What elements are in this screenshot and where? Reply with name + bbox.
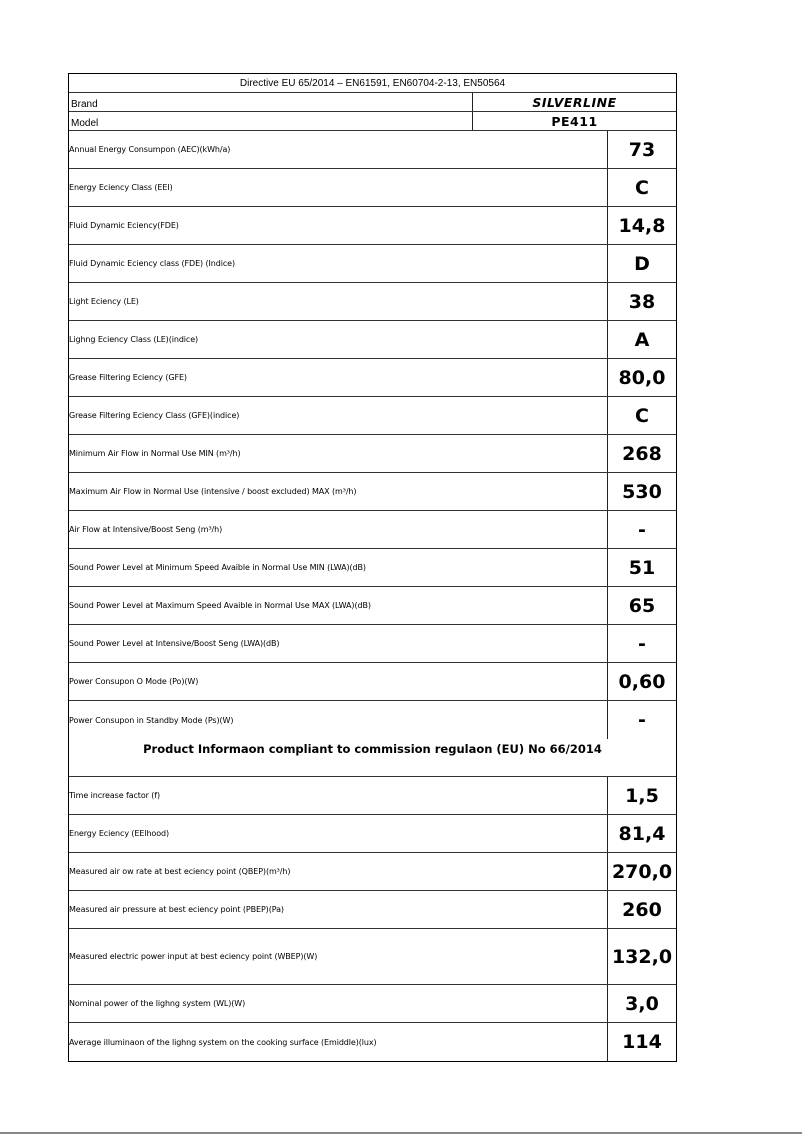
spec-label: Air Flow at Intensive/Boost Seng (m³/h) — [69, 511, 608, 548]
brand-row: Brand SILVERLINE — [69, 93, 676, 112]
spec-row: Power Consupon O Mode (Po)(W)0,60 — [69, 663, 676, 701]
spec-row: Maximum Air Flow in Normal Use (intensiv… — [69, 473, 676, 511]
spec-value: 270,0 — [608, 853, 676, 890]
energy-data-section: Annual Energy Consumpon (AEC)(kWh/a)73En… — [69, 131, 676, 739]
spec-row: Average illuminaon of the lighng system … — [69, 1023, 676, 1061]
spec-row: Annual Energy Consumpon (AEC)(kWh/a)73 — [69, 131, 676, 169]
directive-header: Directive EU 65/2014 – EN61591, EN60704-… — [69, 74, 676, 93]
model-label: Model — [69, 112, 473, 130]
spec-value: - — [608, 701, 676, 739]
spec-value: 38 — [608, 283, 676, 320]
spec-row: Energy Eciency (EElhood)81,4 — [69, 815, 676, 853]
spec-row: Grease Filtering Eciency Class (GFE)(ind… — [69, 397, 676, 435]
spec-value: 65 — [608, 587, 676, 624]
spec-row: Measured air ow rate at best eciency poi… — [69, 853, 676, 891]
spec-row: Fluid Dynamic Eciency class (FDE) (Indic… — [69, 245, 676, 283]
section-title-row: Product Informaon compliant to commissio… — [69, 739, 676, 777]
spec-value: 0,60 — [608, 663, 676, 700]
spec-label: Lighng Eciency Class (LE)(indice) — [69, 321, 608, 358]
spec-label: Maximum Air Flow in Normal Use (intensiv… — [69, 473, 608, 510]
spec-value: 132,0 — [608, 929, 676, 984]
spec-row: Air Flow at Intensive/Boost Seng (m³/h)- — [69, 511, 676, 549]
spec-label: Sound Power Level at Minimum Speed Avaib… — [69, 549, 608, 586]
product-fiche-table: Directive EU 65/2014 – EN61591, EN60704-… — [68, 73, 677, 1062]
spec-value: 1,5 — [608, 777, 676, 814]
model-row: Model PE411 — [69, 112, 676, 131]
spec-label: Measured electric power input at best ec… — [69, 929, 608, 984]
spec-label: Sound Power Level at Maximum Speed Avaib… — [69, 587, 608, 624]
spec-row: Measured electric power input at best ec… — [69, 929, 676, 985]
spec-label: Fluid Dynamic Eciency class (FDE) (Indic… — [69, 245, 608, 282]
spec-row: Measured air pressure at best eciency po… — [69, 891, 676, 929]
regulation-data-section: Time increase factor (f)1,5Energy Ecienc… — [69, 777, 676, 1061]
spec-value: 80,0 — [608, 359, 676, 396]
spec-row: Power Consupon in Standby Mode (Ps)(W)- — [69, 701, 676, 739]
spec-label: Light Eciency (LE) — [69, 283, 608, 320]
spec-label: Measured air pressure at best eciency po… — [69, 891, 608, 928]
spec-row: Nominal power of the lighng system (WL)(… — [69, 985, 676, 1023]
spec-label: Average illuminaon of the lighng system … — [69, 1023, 608, 1061]
spec-value: 268 — [608, 435, 676, 472]
spec-label: Measured air ow rate at best eciency poi… — [69, 853, 608, 890]
spec-label: Sound Power Level at Intensive/Boost Sen… — [69, 625, 608, 662]
spec-value: 51 — [608, 549, 676, 586]
spec-label: Grease Filtering Eciency Class (GFE)(ind… — [69, 397, 608, 434]
spec-row: Fluid Dynamic Eciency(FDE)14,8 — [69, 207, 676, 245]
spec-value: C — [608, 169, 676, 206]
spec-label: Power Consupon O Mode (Po)(W) — [69, 663, 608, 700]
spec-row: Time increase factor (f)1,5 — [69, 777, 676, 815]
spec-value: 3,0 — [608, 985, 676, 1022]
spec-value: C — [608, 397, 676, 434]
spec-value: A — [608, 321, 676, 358]
spec-value: - — [608, 511, 676, 548]
spec-label: Nominal power of the lighng system (WL)(… — [69, 985, 608, 1022]
spec-label: Annual Energy Consumpon (AEC)(kWh/a) — [69, 131, 608, 168]
spec-value: 530 — [608, 473, 676, 510]
spec-value: 73 — [608, 131, 676, 168]
spec-label: Fluid Dynamic Eciency(FDE) — [69, 207, 608, 244]
directive-text: Directive EU 65/2014 – EN61591, EN60704-… — [240, 78, 505, 89]
spec-value: 114 — [608, 1023, 676, 1061]
brand-label: Brand — [69, 93, 473, 111]
spec-row: Sound Power Level at Minimum Speed Avaib… — [69, 549, 676, 587]
spec-row: Light Eciency (LE)38 — [69, 283, 676, 321]
spec-label: Time increase factor (f) — [69, 777, 608, 814]
spec-value: 81,4 — [608, 815, 676, 852]
spec-label: Energy Eciency (EElhood) — [69, 815, 608, 852]
spec-value: 14,8 — [608, 207, 676, 244]
brand-value: SILVERLINE — [473, 93, 676, 111]
spec-label: Minimum Air Flow in Normal Use MIN (m³/h… — [69, 435, 608, 472]
spec-row: Grease Filtering Eciency (GFE)80,0 — [69, 359, 676, 397]
spec-row: Sound Power Level at Maximum Speed Avaib… — [69, 587, 676, 625]
spec-label: Power Consupon in Standby Mode (Ps)(W) — [69, 701, 608, 739]
spec-row: Minimum Air Flow in Normal Use MIN (m³/h… — [69, 435, 676, 473]
model-value: PE411 — [473, 112, 676, 130]
regulation-section-title: Product Informaon compliant to commissio… — [143, 742, 602, 756]
spec-row: Sound Power Level at Intensive/Boost Sen… — [69, 625, 676, 663]
spec-value: - — [608, 625, 676, 662]
spec-row: Energy Eciency Class (EEI)C — [69, 169, 676, 207]
spec-value: D — [608, 245, 676, 282]
spec-label: Grease Filtering Eciency (GFE) — [69, 359, 608, 396]
spec-label: Energy Eciency Class (EEI) — [69, 169, 608, 206]
spec-row: Lighng Eciency Class (LE)(indice)A — [69, 321, 676, 359]
spec-value: 260 — [608, 891, 676, 928]
